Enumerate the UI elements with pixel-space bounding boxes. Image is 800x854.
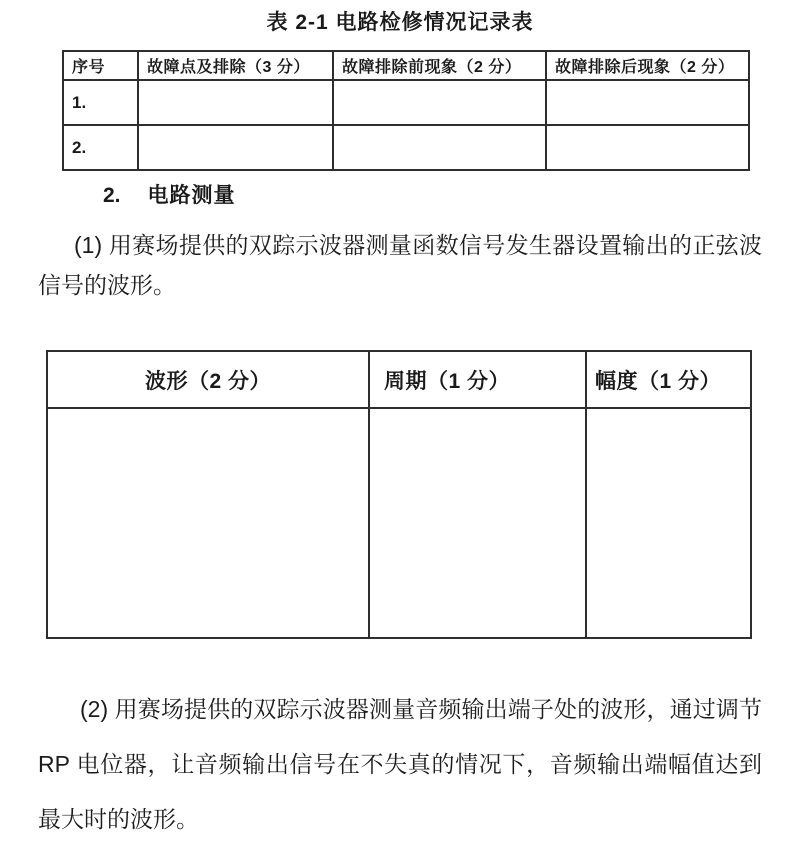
repair-table-header-row: 序号 故障点及排除（3 分） 故障排除前现象（2 分） 故障排除后现象（2 分） <box>63 51 749 80</box>
empty-cell <box>138 125 333 170</box>
section-number: 2. <box>103 184 121 208</box>
measure-table-body-row <box>47 408 751 638</box>
repair-col-header-fault-point: 故障点及排除（3 分） <box>138 51 333 80</box>
empty-cell <box>546 125 749 170</box>
section-title: 电路测量 <box>148 179 236 209</box>
repair-record-table: 序号 故障点及排除（3 分） 故障排除前现象（2 分） 故障排除后现象（2 分）… <box>62 50 750 171</box>
empty-cell <box>546 80 749 125</box>
empty-cell <box>138 80 333 125</box>
repair-table-row-2: 2. <box>63 125 749 170</box>
empty-cell <box>333 80 546 125</box>
repair-col-header-before: 故障排除前现象（2 分） <box>333 51 546 80</box>
empty-cell <box>47 408 369 638</box>
measure-table-header-row: 波形（2 分） 周期（1 分） 幅度（1 分） <box>47 351 751 408</box>
document-title: 表 2-1 电路检修情况记录表 <box>0 6 800 36</box>
row-index-cell: 1. <box>63 80 138 125</box>
measure-col-header-period: 周期（1 分） <box>369 351 586 408</box>
empty-cell <box>333 125 546 170</box>
empty-cell <box>586 408 751 638</box>
empty-cell <box>369 408 586 638</box>
measure-col-header-amplitude: 幅度（1 分） <box>586 351 751 408</box>
document-page: 表 2-1 电路检修情况记录表 序号 故障点及排除（3 分） 故障排除前现象（2… <box>0 0 800 854</box>
repair-col-header-after: 故障排除后现象（2 分） <box>546 51 749 80</box>
measurement-table: 波形（2 分） 周期（1 分） 幅度（1 分） <box>46 350 752 639</box>
row-index-cell: 2. <box>63 125 138 170</box>
repair-table-row-1: 1. <box>63 80 749 125</box>
repair-col-header-index: 序号 <box>63 51 138 80</box>
paragraph-1: (1) 用赛场提供的双踪示波器测量函数信号发生器设置输出的正弦波信号的波形。 <box>38 225 762 305</box>
section-heading: 2.电路测量 <box>103 179 236 209</box>
measure-col-header-waveform: 波形（2 分） <box>47 351 369 408</box>
paragraph-2: (2) 用赛场提供的双踪示波器测量音频输出端子处的波形，通过调节 RP 电位器，… <box>38 682 762 847</box>
